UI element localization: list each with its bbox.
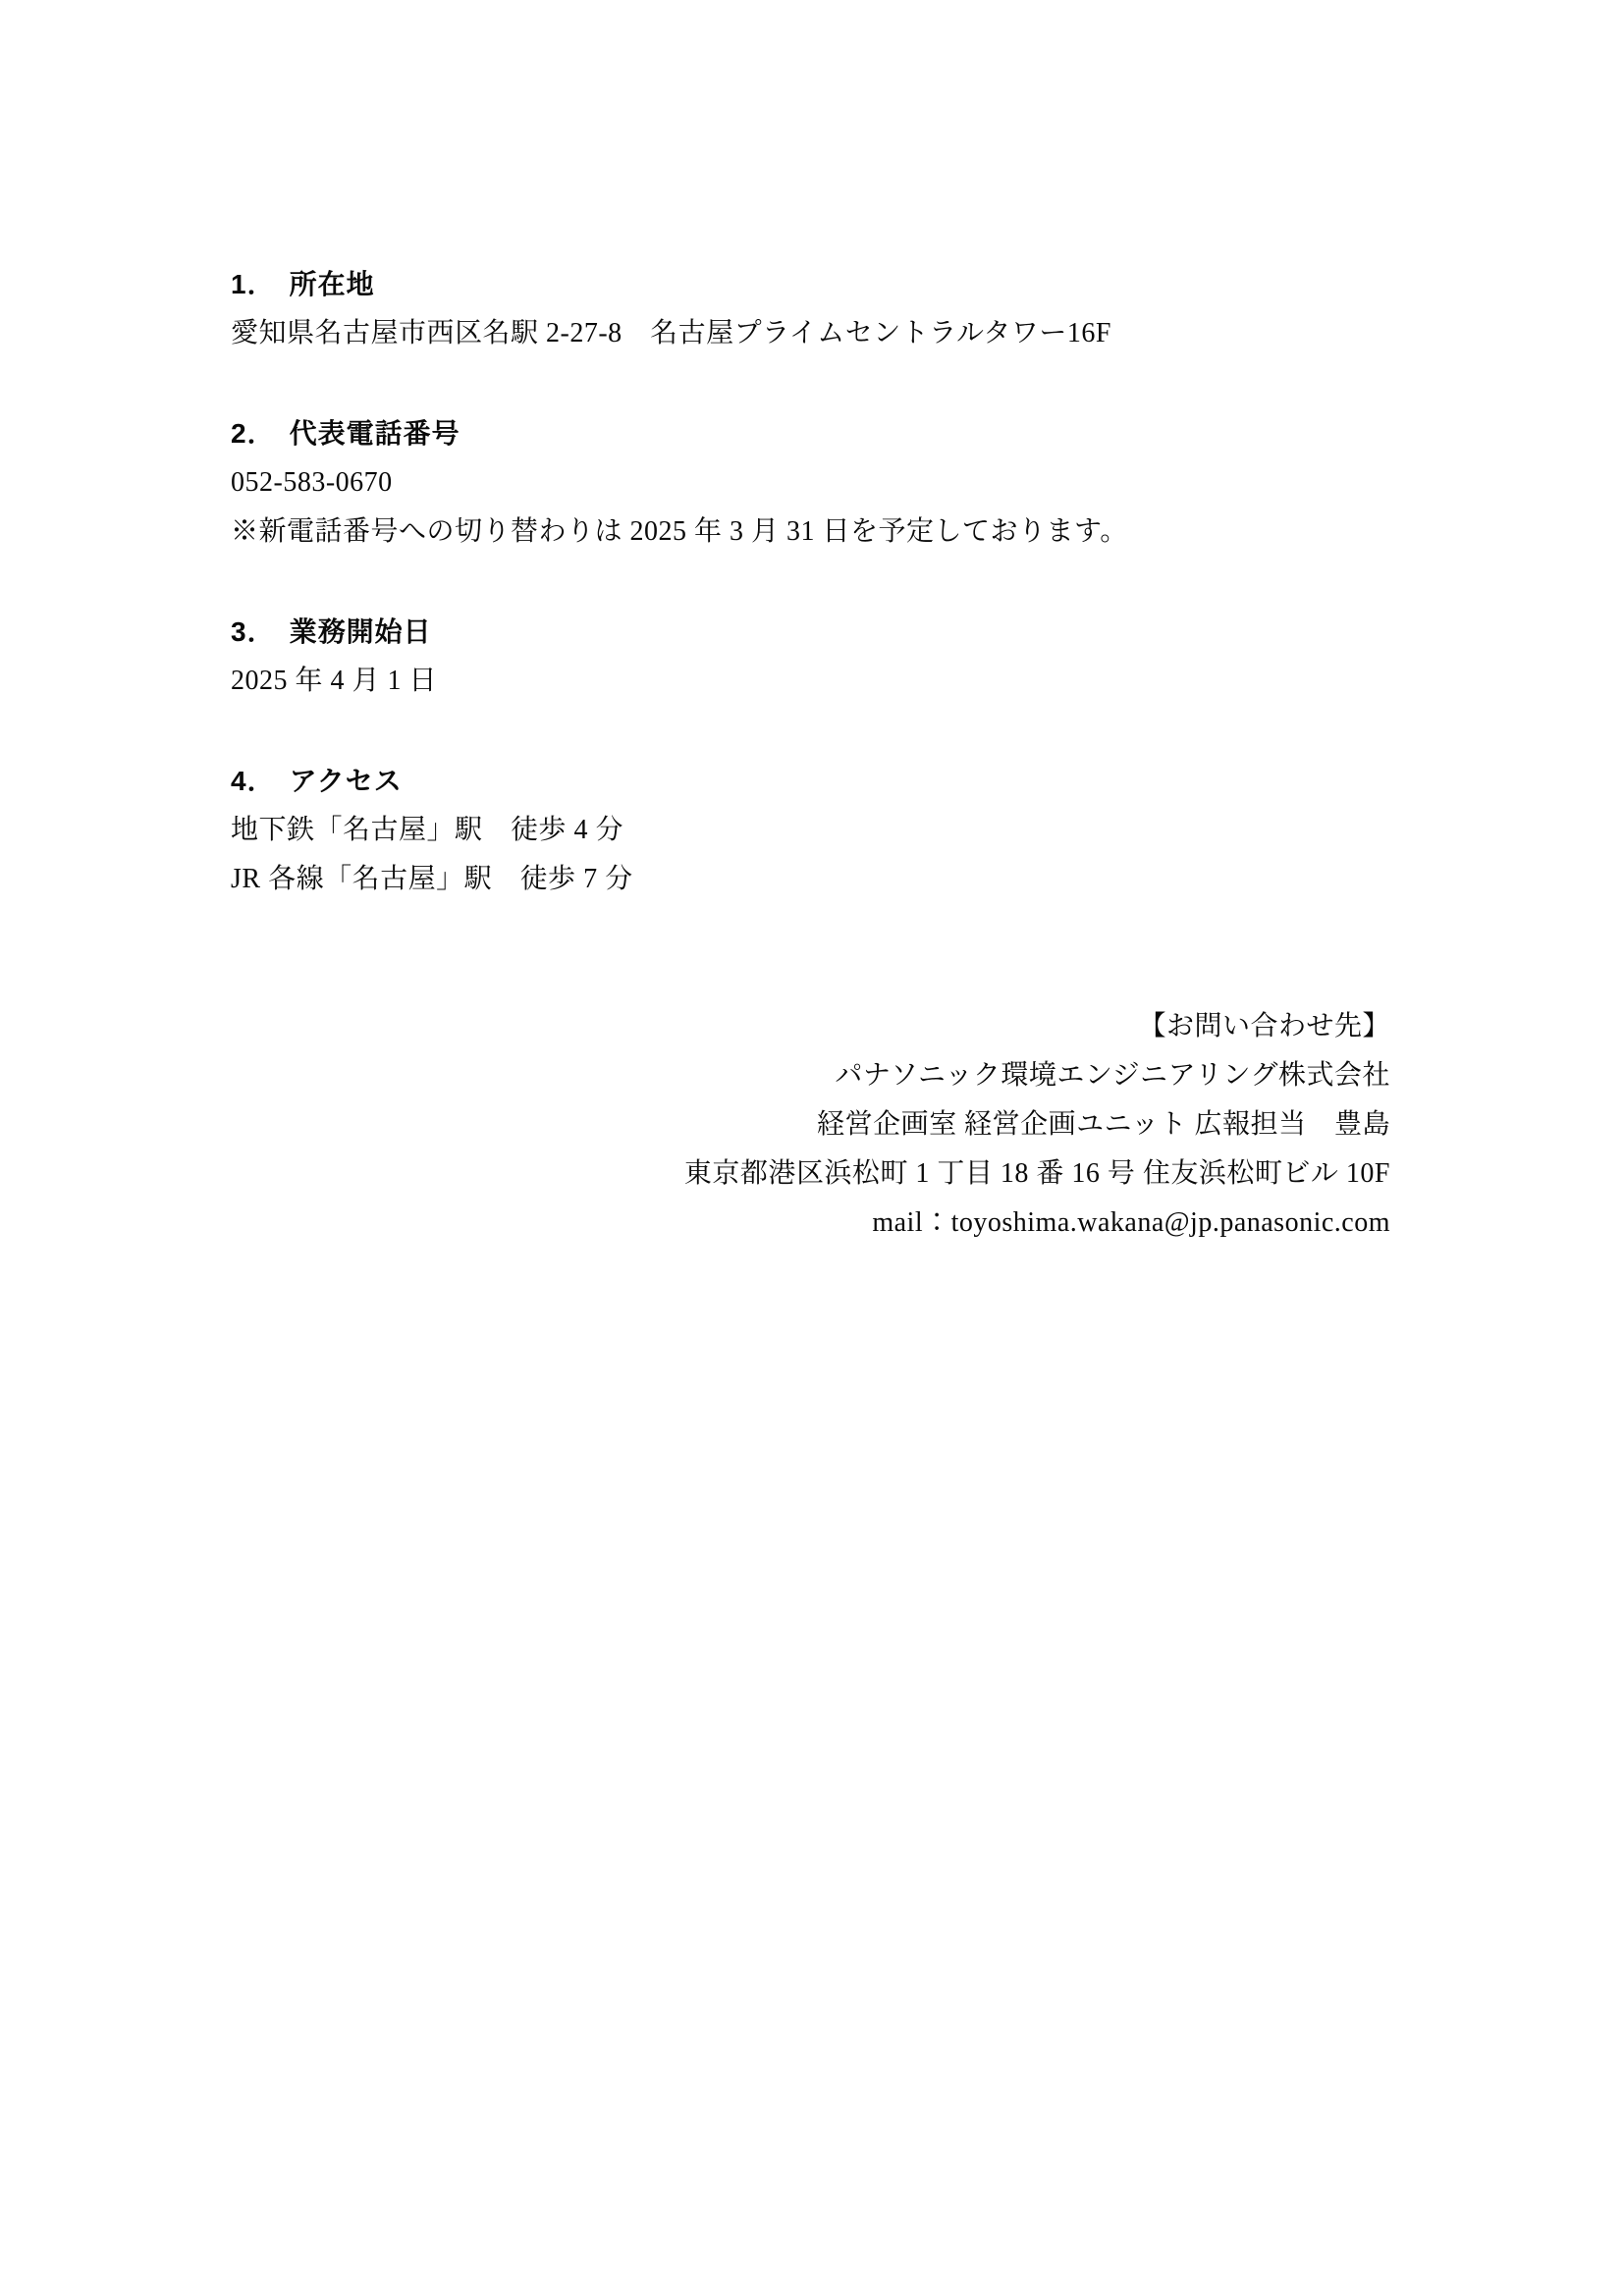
section-heading: 4．アクセス (231, 757, 1390, 806)
section-title: 業務開始日 (290, 616, 432, 647)
section-heading: 3．業務開始日 (231, 608, 1390, 657)
section-phone: 2．代表電話番号 052-583-0670 ※新電話番号への切り替わりは 202… (231, 409, 1390, 557)
contact-company: パナソニック環境エンジニアリング株式会社 (231, 1051, 1390, 1100)
section-number: 1． (231, 260, 276, 309)
section-number: 3． (231, 608, 276, 657)
section-number: 4． (231, 757, 276, 806)
document-content: 1．所在地 愛知県名古屋市西区名駅 2-27-8 名古屋プライムセントラルタワー… (231, 260, 1390, 1248)
section-heading: 1．所在地 (231, 260, 1390, 309)
section-number: 2． (231, 409, 276, 458)
section-body-line: 愛知県名古屋市西区名駅 2-27-8 名古屋プライムセントラルタワー16F (231, 309, 1390, 358)
document-page: 1．所在地 愛知県名古屋市西区名駅 2-27-8 名古屋プライムセントラルタワー… (0, 0, 1624, 2296)
section-start-date: 3．業務開始日 2025 年 4 月 1 日 (231, 608, 1390, 706)
contact-email: mail：toyoshima.wakana@jp.panasonic.com (231, 1199, 1390, 1248)
section-body-line: 地下鉄「名古屋」駅 徒歩 4 分 (231, 806, 1390, 855)
section-body-line: 2025 年 4 月 1 日 (231, 657, 1390, 706)
section-heading: 2．代表電話番号 (231, 409, 1390, 458)
contact-address: 東京都港区浜松町 1 丁目 18 番 16 号 住友浜松町ビル 10F (231, 1149, 1390, 1199)
section-location: 1．所在地 愛知県名古屋市西区名駅 2-27-8 名古屋プライムセントラルタワー… (231, 260, 1390, 358)
section-body-line: 052-583-0670 (231, 458, 1390, 507)
section-body-line: JR 各線「名古屋」駅 徒歩 7 分 (231, 855, 1390, 904)
section-body-line: ※新電話番号への切り替わりは 2025 年 3 月 31 日を予定しております。 (231, 507, 1390, 557)
section-title: 所在地 (290, 269, 375, 299)
section-access: 4．アクセス 地下鉄「名古屋」駅 徒歩 4 分 JR 各線「名古屋」駅 徒歩 7… (231, 757, 1390, 904)
section-title: 代表電話番号 (290, 418, 460, 449)
section-title: アクセス (290, 766, 403, 796)
contact-department: 経営企画室 経営企画ユニット 広報担当 豊島 (231, 1100, 1390, 1149)
contact-heading: 【お問い合わせ先】 (231, 1002, 1390, 1051)
contact-block: 【お問い合わせ先】 パナソニック環境エンジニアリング株式会社 経営企画室 経営企… (231, 1002, 1390, 1248)
